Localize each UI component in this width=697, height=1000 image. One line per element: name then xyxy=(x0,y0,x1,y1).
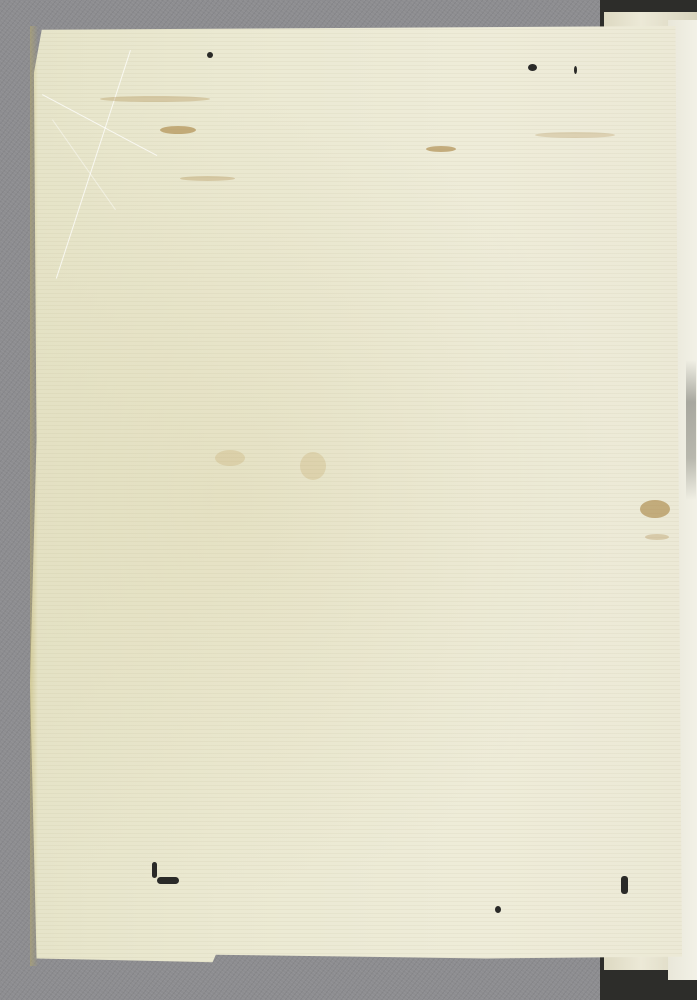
water-stain xyxy=(215,450,245,466)
bleed-through-mark xyxy=(686,360,696,500)
foxing-stain xyxy=(535,132,615,138)
page-edge-discoloration xyxy=(30,26,38,966)
foxing-stain xyxy=(640,500,670,518)
wormhole xyxy=(152,862,157,878)
blank-paper-page xyxy=(30,26,682,966)
wormhole xyxy=(207,52,213,58)
foxing-stain xyxy=(180,176,235,181)
wormhole xyxy=(528,64,537,71)
foxing-stain xyxy=(645,534,669,540)
wormhole xyxy=(574,66,577,74)
water-stain xyxy=(300,452,326,480)
wormhole xyxy=(157,877,179,884)
wormhole xyxy=(621,876,628,894)
foxing-stain xyxy=(426,146,456,152)
wormhole xyxy=(495,906,501,913)
foxing-stain xyxy=(160,126,196,134)
foxing-stain xyxy=(100,96,210,102)
